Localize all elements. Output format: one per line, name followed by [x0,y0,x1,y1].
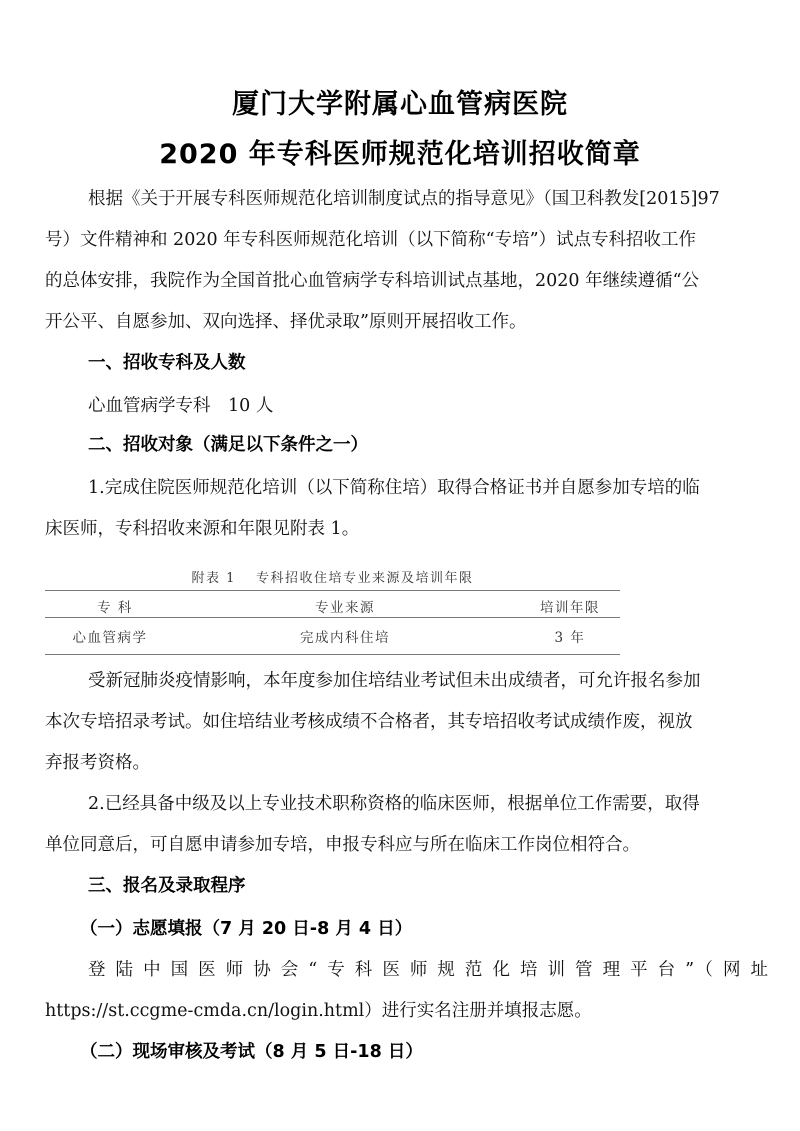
section2-heading: 二、招收对象（满足以下条件之一） [88,434,368,456]
section1-content: 心血管病学专科 10 人 [88,395,768,417]
section2-item1-line: 床医师，专科招收来源和年限见附表 1。 [45,518,765,540]
intro-paragraph-line: 开公平、自愿参加、双向选择、择优录取”原则开展招收工作。 [45,311,765,333]
section3-sub1-heading: （一）志愿填报（7 月 20 日-8 月 4 日） [80,918,412,940]
table-bottom-rule [45,654,620,655]
table-header-specialty: 专 科 [55,596,175,616]
intro-paragraph-line: 根据《关于开展专科医师规范化培训制度试点的指导意见》（国卫科教发[2015]97 [88,188,768,210]
section2-item1-line: 1.完成住院医师规范化培训（以下简称住培）取得合格证书并自愿参加专培的临 [88,477,768,499]
table-header-years: 培训年限 [520,596,620,616]
document-title-line2: 2020 年专科医师规范化培训招收简章 [0,132,800,171]
note-paragraph-line: 受新冠肺炎疫情影响，本年度参加住培结业考试但未出成绩者，可允许报名参加 [88,670,768,692]
table-header-source: 专业来源 [280,596,410,616]
intro-paragraph-line: 号）文件精神和 2020 年专科医师规范化培训（以下简称“专培”）试点专科招收工… [45,229,765,251]
section3-sub1-line: 登陆中国医师协会“专科医师规范化培训管理平台”（网址 [88,959,768,981]
table-top-rule [45,590,620,591]
note-paragraph-line: 本次专培招录考试。如住培结业考核成绩不合格者，其专培招收考试成绩作废，视放 [45,711,765,733]
section3-sub1-line: https://st.ccgme-cmda.cn/login.html）进行实名… [45,1000,765,1022]
note-paragraph-line: 弃报考资格。 [45,752,765,774]
table-caption: 附表 1 专科招收住培专业来源及培训年限 [45,567,620,586]
intro-paragraph-line: 的总体安排，我院作为全国首批心血管病学专科培训试点基地，2020 年继续遵循“公 [45,270,765,292]
section2-item2-line: 单位同意后，可自愿申请参加专培，申报专科应与所在临床工作岗位相符合。 [45,834,765,856]
table-cell-source: 完成内科住培 [280,626,410,646]
section2-item2-line: 2.已经具备中级及以上专业技术职称资格的临床医师，根据单位工作需要，取得 [88,793,768,815]
document-title-line1: 厦门大学附属心血管病医院 [0,82,800,121]
table-cell-years: 3 年 [520,626,620,646]
table-cell-specialty: 心血管病学 [55,626,165,646]
section1-heading: 一、招收专科及人数 [88,352,246,374]
section3-heading: 三、报名及录取程序 [88,875,246,897]
section3-sub2-heading: （二）现场审核及考试（8 月 5 日-18 日） [80,1041,423,1063]
table-header-rule [45,617,620,618]
